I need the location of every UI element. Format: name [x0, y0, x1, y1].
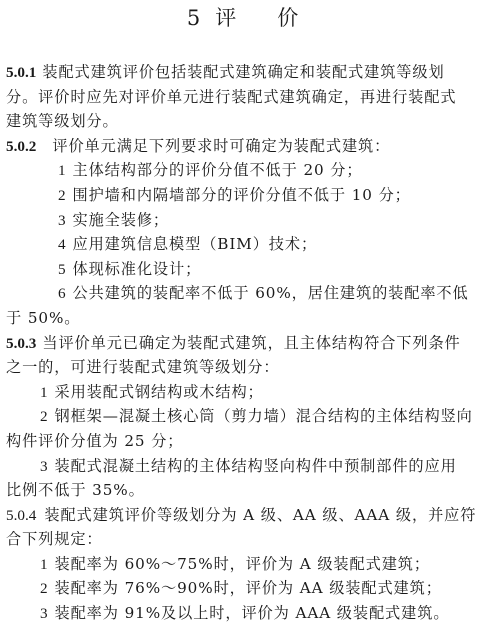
- list-item-continuation: 构件评价分值为 25 分；: [6, 429, 482, 454]
- list-item: 4应用建筑信息模型（BIM）技术；: [6, 232, 482, 257]
- chapter-title-char-2: 价: [277, 6, 299, 30]
- clause-5-0-2: 5.0.2评价单元满足下列要求时可确定为装配式建筑： 1主体结构部分的评价分值不…: [6, 134, 482, 331]
- clause-5-0-4: 5.0.4装配式建筑评价等级划分为 A 级、AA 级、AAA 级，并应符 合下列…: [6, 503, 482, 626]
- clause-number: 5.0.4: [6, 507, 36, 524]
- clause-number: 5.0.1: [6, 64, 36, 81]
- clause-5-0-3: 5.0.3当评价单元已确定为装配式建筑，且主体结构符合下列条件 之一的，可进行装…: [6, 331, 482, 503]
- list-item: 3实施全装修；: [6, 208, 482, 233]
- list-item-continuation: 于 50%。: [6, 306, 482, 331]
- clause-text: 装配式建筑评价等级划分为 A 级、AA 级、AAA 级，并应符: [44, 506, 476, 524]
- list-item-continuation: 比例不低于 35%。: [6, 478, 482, 503]
- list-item: 3装配率为 91%及以上时，评价为 AAA 级装配式建筑。: [6, 601, 482, 626]
- clause-text: 建筑等级划分。: [6, 109, 482, 134]
- clause-5-0-1: 5.0.1装配式建筑评价包括装配式建筑确定和装配式建筑等级划 分。评价时应先对评…: [6, 60, 482, 134]
- clause-text: 当评价单元已确定为装配式建筑，且主体结构符合下列条件: [42, 334, 460, 352]
- chapter-body: 5.0.1装配式建筑评价包括装配式建筑确定和装配式建筑等级划 分。评价时应先对评…: [6, 60, 482, 626]
- list-item: 1采用装配式钢结构或木结构；: [6, 380, 482, 405]
- chapter-title: 5评价: [0, 4, 486, 32]
- chapter-title-char-1: 评: [215, 6, 237, 30]
- clause-text: 装配式建筑评价包括装配式建筑确定和装配式建筑等级划: [42, 63, 444, 81]
- list-item: 5体现标准化设计；: [6, 257, 482, 282]
- list-item: 2围护墙和内隔墙部分的评价分值不低于 10 分；: [6, 183, 482, 208]
- clause-text: 分。评价时应先对评价单元进行装配式建筑确定，再进行装配式: [6, 85, 482, 110]
- list-item: 3装配式混凝土结构的主体结构竖向构件中预制部件的应用: [6, 454, 482, 479]
- list-item: 1主体结构部分的评价分值不低于 20 分；: [6, 158, 482, 183]
- clause-text: 合下列规定：: [6, 527, 482, 552]
- list-item: 2装配率为 76%～90%时，评价为 AA 级装配式建筑；: [6, 576, 482, 601]
- clause-number: 5.0.3: [6, 335, 36, 352]
- list-item: 1装配率为 60%～75%时，评价为 A 级装配式建筑；: [6, 552, 482, 577]
- chapter-number: 5: [187, 6, 201, 30]
- list-item: 2钢框架—混凝土核心筒（剪力墙）混合结构的主体结构竖向: [6, 404, 482, 429]
- list-item: 6公共建筑的装配率不低于 60%，居住建筑的装配率不低: [6, 281, 482, 306]
- clause-text: 之一的，可进行装配式建筑等级划分：: [6, 355, 482, 380]
- document-page: 5评价 5.0.1装配式建筑评价包括装配式建筑确定和装配式建筑等级划 分。评价时…: [0, 0, 486, 632]
- clause-intro: 评价单元满足下列要求时可确定为装配式建筑：: [52, 137, 390, 155]
- clause-number: 5.0.2: [6, 138, 36, 155]
